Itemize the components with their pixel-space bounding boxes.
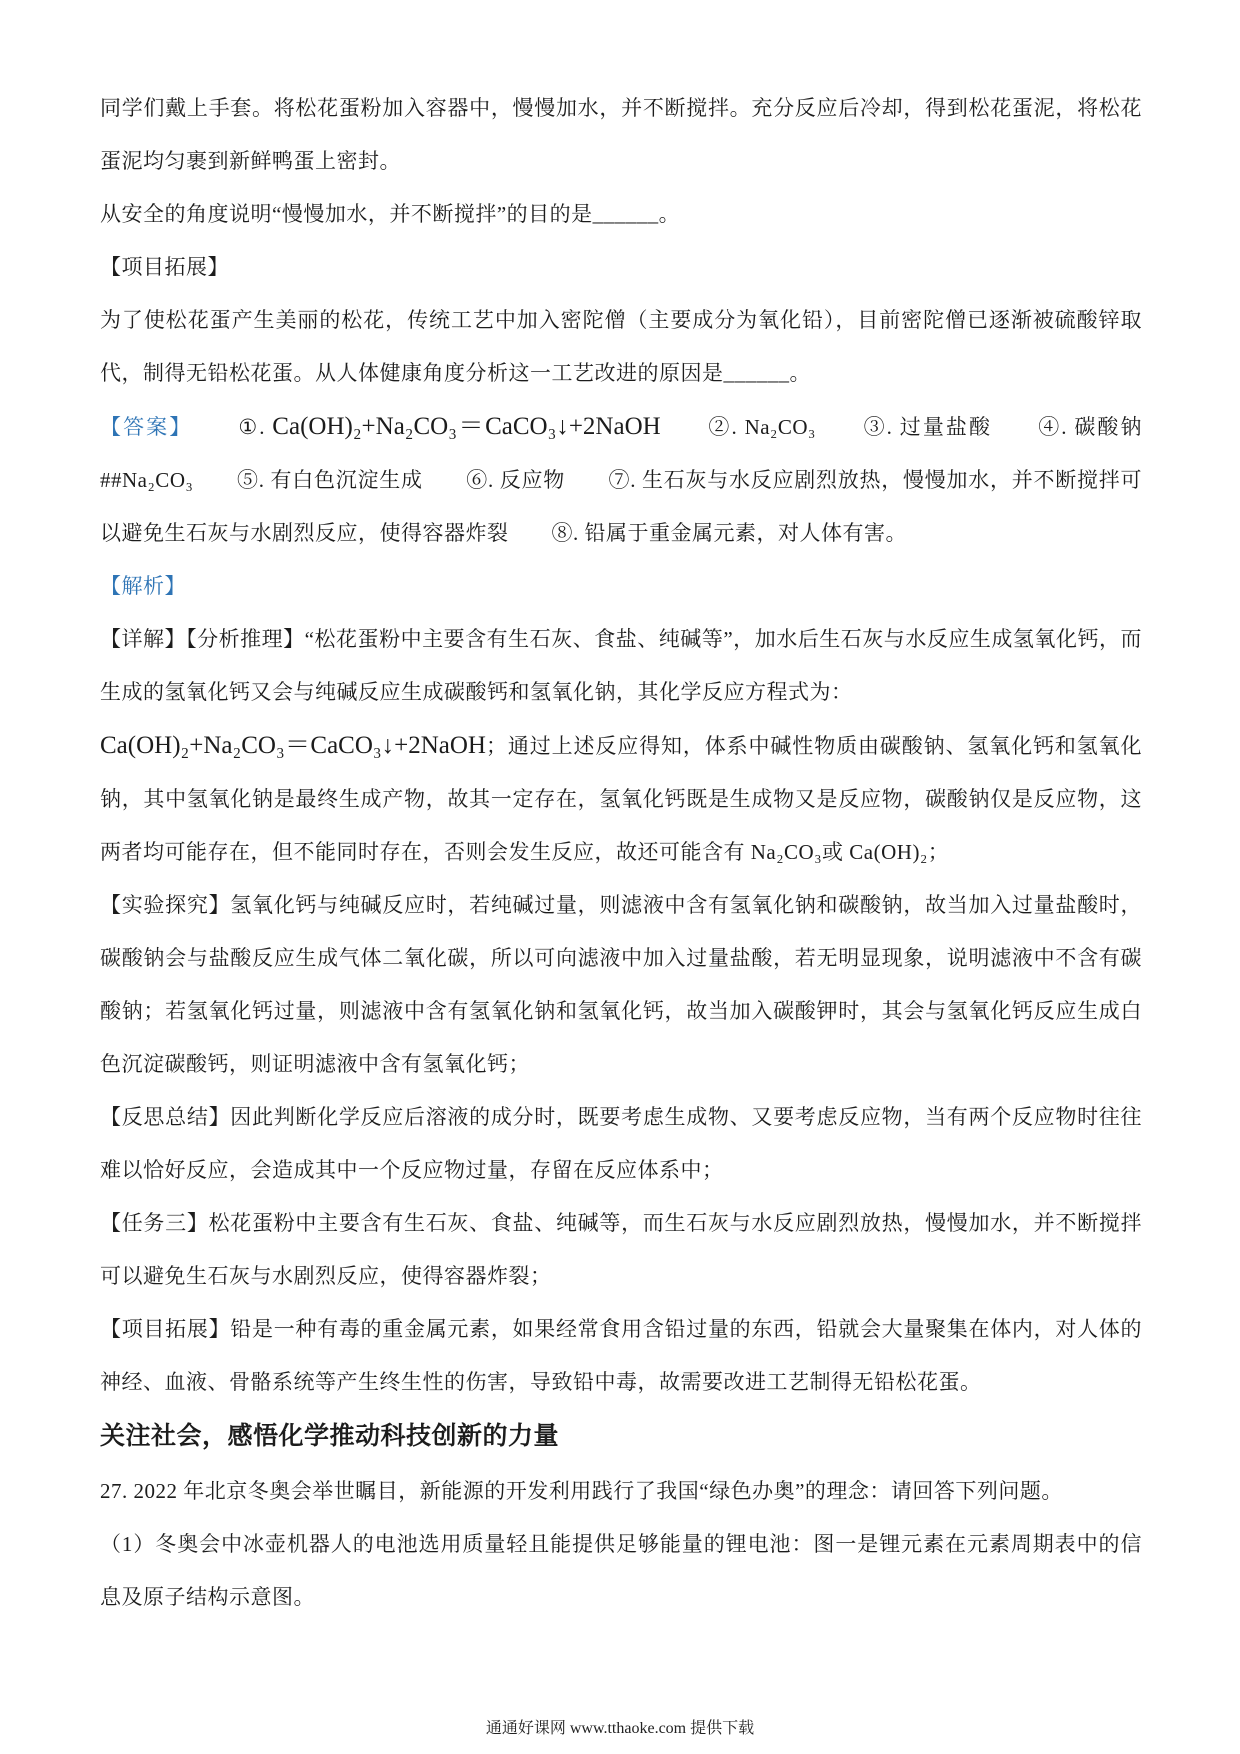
footer-site-name: 通通好课网 bbox=[486, 1720, 566, 1737]
intro-paragraph: 同学们戴上手套。将松花蛋粉加入容器中，慢慢加水，并不断搅拌。充分反应后冷却，得到… bbox=[100, 82, 1142, 188]
task3-paragraph: 【任务三】松花蛋粉中主要含有生石灰、食盐、纯碱等，而生石灰与水反应剧烈放热，慢慢… bbox=[100, 1197, 1142, 1303]
project-expand-paragraph: 为了使松花蛋产生美丽的松花，传统工艺中加入密陀僧（主要成分为氧化铅），目前密陀僧… bbox=[100, 294, 1142, 400]
section-heading: 关注社会，感悟化学推动科技创新的力量 bbox=[100, 1409, 1142, 1465]
document-page: 同学们戴上手套。将松花蛋粉加入容器中，慢慢加水，并不断搅拌。充分反应后冷却，得到… bbox=[0, 0, 1240, 1754]
answer-label: 【答案】 bbox=[100, 415, 192, 439]
question-27-paragraph: 27. 2022 年北京冬奥会举世瞩目，新能源的开发利用践行了我国“绿色办奥”的… bbox=[100, 1465, 1142, 1518]
footer-url: www.tthaoke.com bbox=[570, 1720, 686, 1737]
analysis-label-paragraph: 【解析】 bbox=[100, 560, 1142, 613]
document-content: 同学们戴上手套。将松花蛋粉加入容器中，慢慢加水，并不断搅拌。充分反应后冷却，得到… bbox=[100, 82, 1142, 1624]
detail-analyze-paragraph: 【详解】【分析推理】“松花蛋粉中主要含有生石灰、食盐、纯碱等”，加水后生石灰与水… bbox=[100, 613, 1142, 719]
question-27-sub1-paragraph: （1）冬奥会中冰壶机器人的电池选用质量轻且能提供足够能量的锂电池：图一是锂元素在… bbox=[100, 1518, 1142, 1624]
safety-question-paragraph: 从安全的角度说明“慢慢加水，并不断搅拌”的目的是______。 bbox=[100, 188, 1142, 241]
answer-item1-number: ①. bbox=[238, 415, 272, 439]
detail-equation: Ca(OH)₂+Na₂CO₃＝CaCO₃↓+2NaOH bbox=[100, 732, 486, 759]
experiment-paragraph: 【实验探究】氢氧化钙与纯碱反应时，若纯碱过量，则滤液中含有氢氧化钠和碳酸钠，故当… bbox=[100, 879, 1142, 1091]
project-expand-explain-paragraph: 【项目拓展】铅是一种有毒的重金属元素，如果经常食用含铅过量的东西，铅就会大量聚集… bbox=[100, 1303, 1142, 1409]
project-expand-tag: 【项目拓展】 bbox=[100, 241, 1142, 294]
detail-equation-paragraph: Ca(OH)₂+Na₂CO₃＝CaCO₃↓+2NaOH；通过上述反应得知，体系中… bbox=[100, 719, 1142, 879]
footer-suffix: 提供下载 bbox=[690, 1720, 754, 1737]
reflection-paragraph: 【反思总结】因此判断化学反应后溶液的成分时，既要考虑生成物、又要考虑反应物，当有… bbox=[100, 1091, 1142, 1197]
answer-item1-equation: Ca(OH)₂+Na₂CO₃＝CaCO₃↓+2NaOH bbox=[272, 413, 660, 440]
page-footer: 通通好课网 www.tthaoke.com 提供下载 bbox=[0, 1715, 1240, 1738]
analysis-label: 【解析】 bbox=[100, 574, 186, 598]
answer-paragraph: 【答案】①. Ca(OH)₂+Na₂CO₃＝CaCO₃↓+2NaOH ②. Na… bbox=[100, 400, 1142, 560]
